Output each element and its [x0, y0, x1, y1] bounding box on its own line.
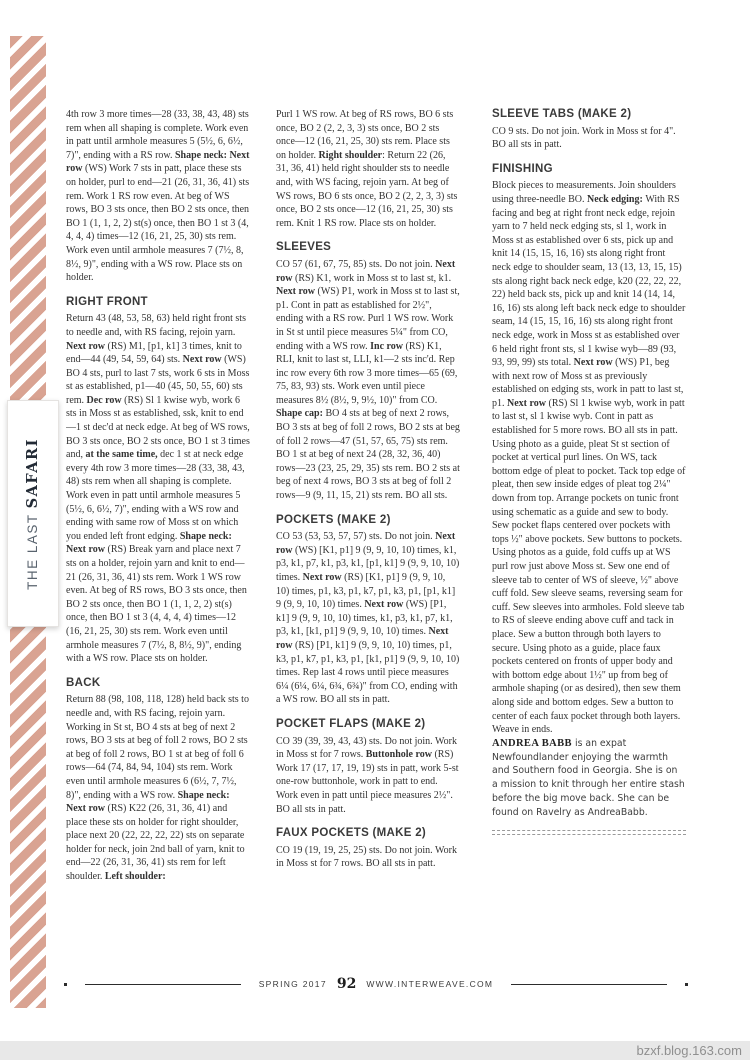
bold-run: at the same time, — [85, 449, 160, 460]
bold-run: Next row — [303, 572, 344, 583]
text-run: CO 19 (19, 19, 25, 25) sts. Do not join.… — [276, 845, 457, 870]
text-run: : Return 22 (26, 31, 36, 41) held right … — [276, 150, 457, 229]
text-run: is an expat Newfoundlander enjoying the … — [492, 738, 685, 818]
text-run: dec 1 st at neck edge every 4th row 3 mo… — [66, 449, 245, 542]
text-run: Return 88 (98, 108, 118, 128) held back … — [66, 694, 249, 800]
bold-run: Neck edging: — [587, 194, 645, 205]
text-run: BO 4 sts at beg of next 2 rows, BO 3 sts… — [276, 408, 460, 501]
pattern-paragraph: Block pieces to measurements. Join shoul… — [492, 179, 686, 736]
section-heading: SLEEVES — [276, 241, 460, 255]
bold-run: Right shoulder — [319, 150, 383, 161]
text-run: Return 43 (48, 53, 58, 63) held right fr… — [66, 313, 246, 338]
section-heading: SLEEVE TABS (MAKE 2) — [492, 108, 686, 122]
bold-run: Next row — [66, 341, 107, 352]
bold-run: Next row — [574, 357, 615, 368]
bold-run: Inc row — [370, 341, 405, 352]
section-tab-prefix: THE LAST — [25, 508, 40, 590]
bold-run: Dec row — [87, 395, 125, 406]
text-run: (RS) Break yarn and place next 7 sts on … — [66, 544, 247, 664]
bold-run: Next row — [183, 354, 224, 365]
footer-season: SPRING 2017 — [259, 979, 327, 989]
author-bio: ANDREA BABB is an expat Newfoundlander e… — [492, 737, 686, 820]
pattern-column-2: Purl 1 WS row. At beg of RS rows, BO 6 s… — [276, 108, 460, 976]
pattern-column-3: SLEEVE TABS (MAKE 2)CO 9 sts. Do not joi… — [492, 108, 686, 976]
bold-run: Next row — [364, 599, 405, 610]
pattern-paragraph: Return 43 (48, 53, 58, 63) held right fr… — [66, 312, 250, 665]
bold-run: Buttonhole row — [366, 749, 435, 760]
text-run: CO 53 (53, 53, 57, 57) sts. Do not join. — [276, 531, 435, 542]
pattern-column-1: 4th row 3 more times—28 (33, 38, 43, 48)… — [66, 108, 250, 976]
bold-run: Shape cap: — [276, 408, 325, 419]
pattern-paragraph: CO 39 (39, 39, 43, 43) sts. Do not join.… — [276, 735, 460, 817]
pattern-paragraph: Purl 1 WS row. At beg of RS rows, BO 6 s… — [276, 108, 460, 230]
pattern-paragraph: CO 9 sts. Do not join. Work in Moss st f… — [492, 125, 686, 152]
footer-website: WWW.INTERWEAVE.COM — [366, 979, 493, 989]
text-run: (WS) Work 7 sts in patt, place these sts… — [66, 163, 249, 283]
section-heading: FAUX POCKETS (MAKE 2) — [276, 827, 460, 841]
watermark-url: bzxf.blog.163.com — [636, 1041, 750, 1060]
text-run: CO 57 (61, 67, 75, 85) sts. Do not join. — [276, 259, 435, 270]
pattern-paragraph: 4th row 3 more times—28 (33, 38, 43, 48)… — [66, 108, 250, 285]
footer-left-rule — [85, 984, 241, 985]
section-tab: THE LAST SAFARI — [7, 400, 59, 627]
section-heading: BACK — [66, 677, 250, 691]
pattern-paragraph: CO 53 (53, 53, 57, 57) sts. Do not join.… — [276, 530, 460, 707]
text-run: (RS) Sl 1 kwise wyb, work in patt to las… — [492, 398, 686, 735]
section-heading: POCKETS (MAKE 2) — [276, 514, 460, 528]
separator-rule — [492, 830, 686, 835]
section-heading: POCKET FLAPS (MAKE 2) — [276, 718, 460, 732]
section-tab-title: SAFARI — [24, 438, 41, 508]
text-run: (RS) K1, work in Moss st to last st, k1. — [295, 273, 451, 284]
bold-run: ANDREA BABB — [492, 738, 575, 749]
pattern-paragraph: CO 57 (61, 67, 75, 85) sts. Do not join.… — [276, 258, 460, 503]
text-run: With RS facing and beg at right front ne… — [492, 194, 685, 368]
footer-right-dot — [685, 983, 688, 986]
pattern-paragraph: CO 19 (19, 19, 25, 25) sts. Do not join.… — [276, 844, 460, 871]
section-tab-label: THE LAST SAFARI — [24, 438, 42, 590]
watermark-bar: bzxf.blog.163.com — [0, 1041, 750, 1060]
pattern-paragraph: Return 88 (98, 108, 118, 128) held back … — [66, 693, 250, 883]
bold-run: Next row — [276, 286, 317, 297]
section-heading: FINISHING — [492, 163, 686, 177]
magazine-page: THE LAST SAFARI 4th row 3 more times—28 … — [0, 0, 750, 1060]
text-run: (RS) [P1, k1] 9 (9, 9, 10, 10) times, p1… — [276, 640, 459, 705]
footer-left-dot — [64, 983, 67, 986]
text-run: CO 9 sts. Do not join. Work in Moss st f… — [492, 126, 676, 151]
footer-right-rule — [511, 984, 667, 985]
bold-run: Left shoulder: — [105, 871, 166, 882]
page-footer: SPRING 2017 92 WWW.INTERWEAVE.COM — [64, 976, 688, 992]
section-heading: RIGHT FRONT — [66, 296, 250, 310]
bold-run: Next row — [507, 398, 548, 409]
footer-page-number: 92 — [337, 976, 356, 992]
